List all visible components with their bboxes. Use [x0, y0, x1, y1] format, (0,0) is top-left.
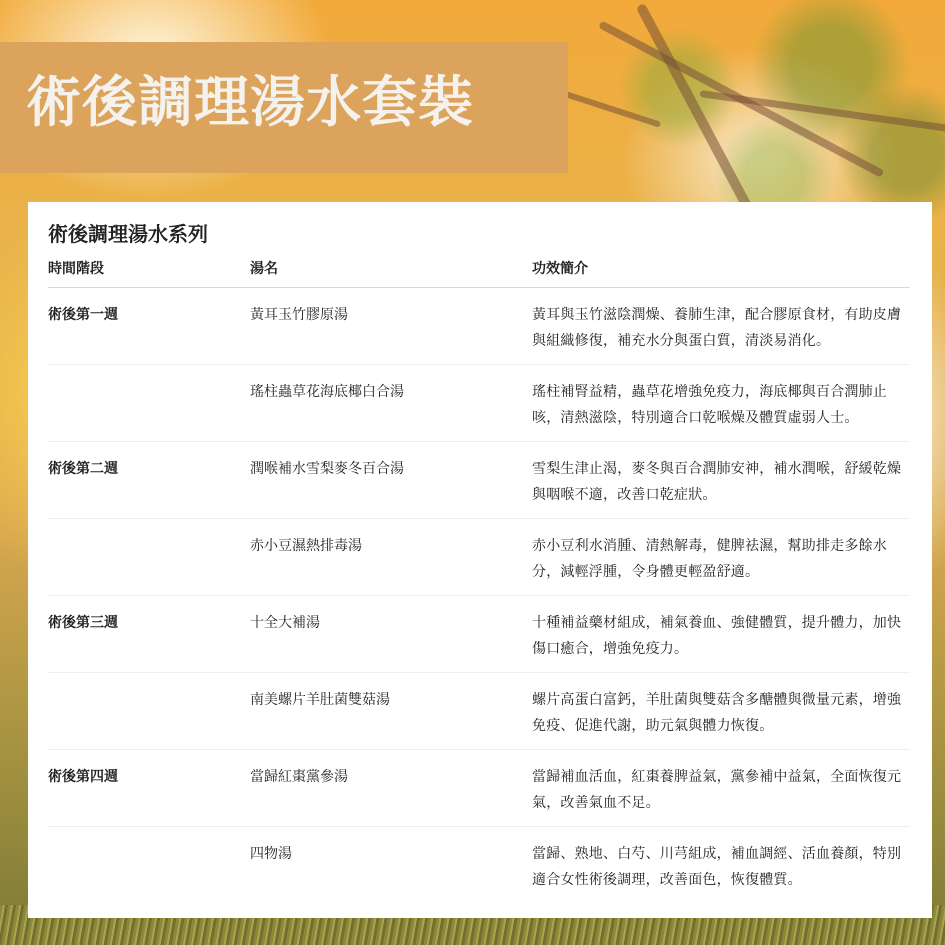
- description-cell: 黃耳與玉竹滋陰潤燥、養肺生津，配合膠原食材，有助皮膚與組織修復，補充水分與蛋白質…: [532, 288, 910, 354]
- stage-cell: 術後第二週: [48, 442, 250, 482]
- description-cell: 十種補益藥材組成，補氣養血、強健體質，提升體力，加快傷口癒合，增強免疫力。: [532, 596, 910, 662]
- soup-name-cell: 瑤柱蟲草花海底椰白合湯: [250, 365, 532, 405]
- page-title: 術後調理湯水套裝: [26, 75, 474, 140]
- soup-name-cell: 當歸紅棗黨參湯: [250, 750, 532, 790]
- stage-cell: [48, 365, 250, 379]
- description-cell: 當歸、熟地、白芍、川芎組成，補血調經、活血養顏，特別適合女性術後調理，改善面色，…: [532, 827, 910, 893]
- stage-cell: 術後第三週: [48, 596, 250, 636]
- soup-name-cell: 南美螺片羊肚菌雙菇湯: [250, 673, 532, 713]
- description-cell: 雪梨生津止渴，麥冬與百合潤肺安神，補水潤喉，舒緩乾燥與咽喉不適，改善口乾症狀。: [532, 442, 910, 508]
- table-row: 赤小豆濕熱排毒湯 赤小豆利水消腫、清熱解毒，健脾祛濕，幫助排走多餘水分，減輕浮腫…: [48, 519, 910, 596]
- soup-name-cell: 四物湯: [250, 827, 532, 867]
- title-banner: 術後調理湯水套裝: [0, 42, 568, 173]
- table-header-row: 時間階段 湯名 功效簡介: [48, 258, 910, 288]
- description-cell: 當歸補血活血，紅棗養脾益氣，黨參補中益氣，全面恢復元氣，改善氣血不足。: [532, 750, 910, 816]
- table-row: 南美螺片羊肚菌雙菇湯 螺片高蛋白富鈣，羊肚菌與雙菇含多醣體與微量元素，增強免疫、…: [48, 673, 910, 750]
- header-soup-name: 湯名: [250, 258, 532, 288]
- stage-cell: 術後第一週: [48, 288, 250, 328]
- description-cell: 赤小豆利水消腫、清熱解毒，健脾祛濕，幫助排走多餘水分，減輕浮腫，令身體更輕盈舒適…: [532, 519, 910, 585]
- table-row: 術後第四週 當歸紅棗黨參湯 當歸補血活血，紅棗養脾益氣，黨參補中益氣，全面恢復元…: [48, 750, 910, 827]
- header-stage: 時間階段: [48, 258, 250, 288]
- table-row: 術後第一週 黃耳玉竹膠原湯 黃耳與玉竹滋陰潤燥、養肺生津，配合膠原食材，有助皮膚…: [48, 288, 910, 365]
- soup-schedule-table: 時間階段 湯名 功效簡介 術後第一週 黃耳玉竹膠原湯 黃耳與玉竹滋陰潤燥、養肺生…: [48, 258, 910, 904]
- table-row: 四物湯 當歸、熟地、白芍、川芎組成，補血調經、活血養顏，特別適合女性術後調理，改…: [48, 827, 910, 904]
- section-title: 術後調理湯水系列: [48, 222, 208, 246]
- content-card: 術後調理湯水系列 時間階段 湯名 功效簡介 術後第一週 黃耳玉竹膠原湯 黃耳與玉…: [28, 202, 932, 918]
- table-row: 術後第三週 十全大補湯 十種補益藥材組成，補氣養血、強健體質，提升體力，加快傷口…: [48, 596, 910, 673]
- description-cell: 螺片高蛋白富鈣，羊肚菌與雙菇含多醣體與微量元素，增強免疫、促進代謝，助元氣與體力…: [532, 673, 910, 739]
- stage-cell: 術後第四週: [48, 750, 250, 790]
- stage-cell: [48, 519, 250, 533]
- soup-name-cell: 十全大補湯: [250, 596, 532, 636]
- stage-cell: [48, 827, 250, 841]
- soup-name-cell: 黃耳玉竹膠原湯: [250, 288, 532, 328]
- stage-cell: [48, 673, 250, 687]
- description-cell: 瑤柱補腎益精，蟲草花增強免疫力，海底椰與百合潤肺止咳，清熱滋陰，特別適合口乾喉燥…: [532, 365, 910, 431]
- table-row: 術後第二週 潤喉補水雪梨麥冬百合湯 雪梨生津止渴，麥冬與百合潤肺安神，補水潤喉，…: [48, 442, 910, 519]
- soup-name-cell: 潤喉補水雪梨麥冬百合湯: [250, 442, 532, 482]
- table-row: 瑤柱蟲草花海底椰白合湯 瑤柱補腎益精，蟲草花增強免疫力，海底椰與百合潤肺止咳，清…: [48, 365, 910, 442]
- soup-name-cell: 赤小豆濕熱排毒湯: [250, 519, 532, 559]
- header-description: 功效簡介: [532, 258, 910, 288]
